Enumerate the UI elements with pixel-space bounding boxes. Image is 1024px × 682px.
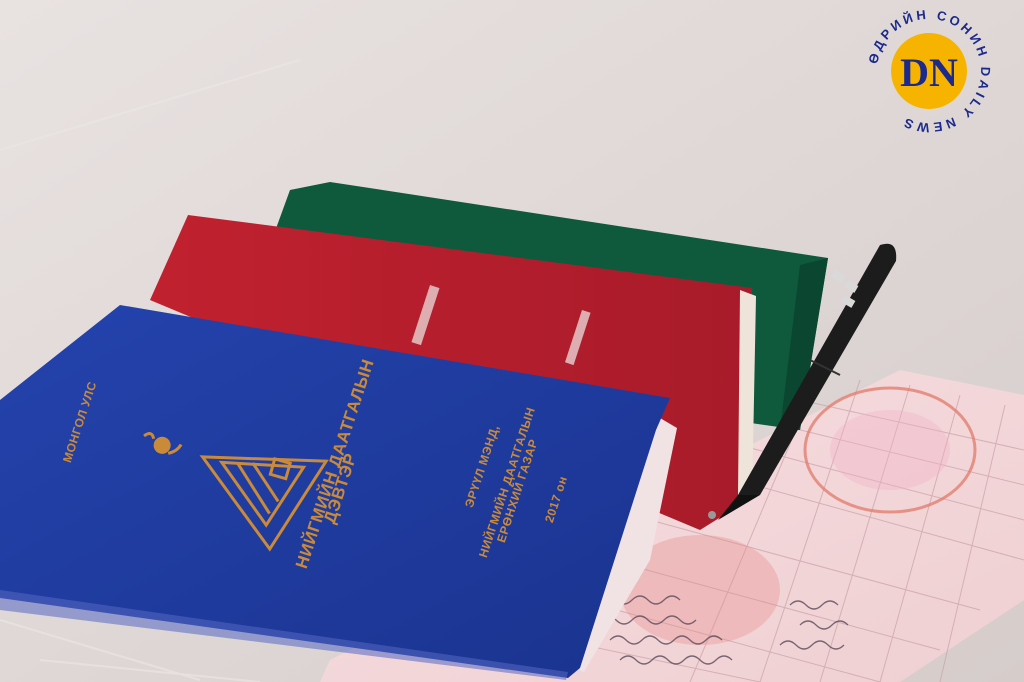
photo-scene: МОНГОЛ УЛС НИЙГМИЙН ДААТГАЛЫН ДЭВТЭР ЭРҮ…: [0, 0, 1024, 682]
logo-initials: DN: [900, 50, 958, 95]
daily-news-logo: DN ӨДРИЙН СОНИН DAILY NEWS: [864, 6, 994, 136]
